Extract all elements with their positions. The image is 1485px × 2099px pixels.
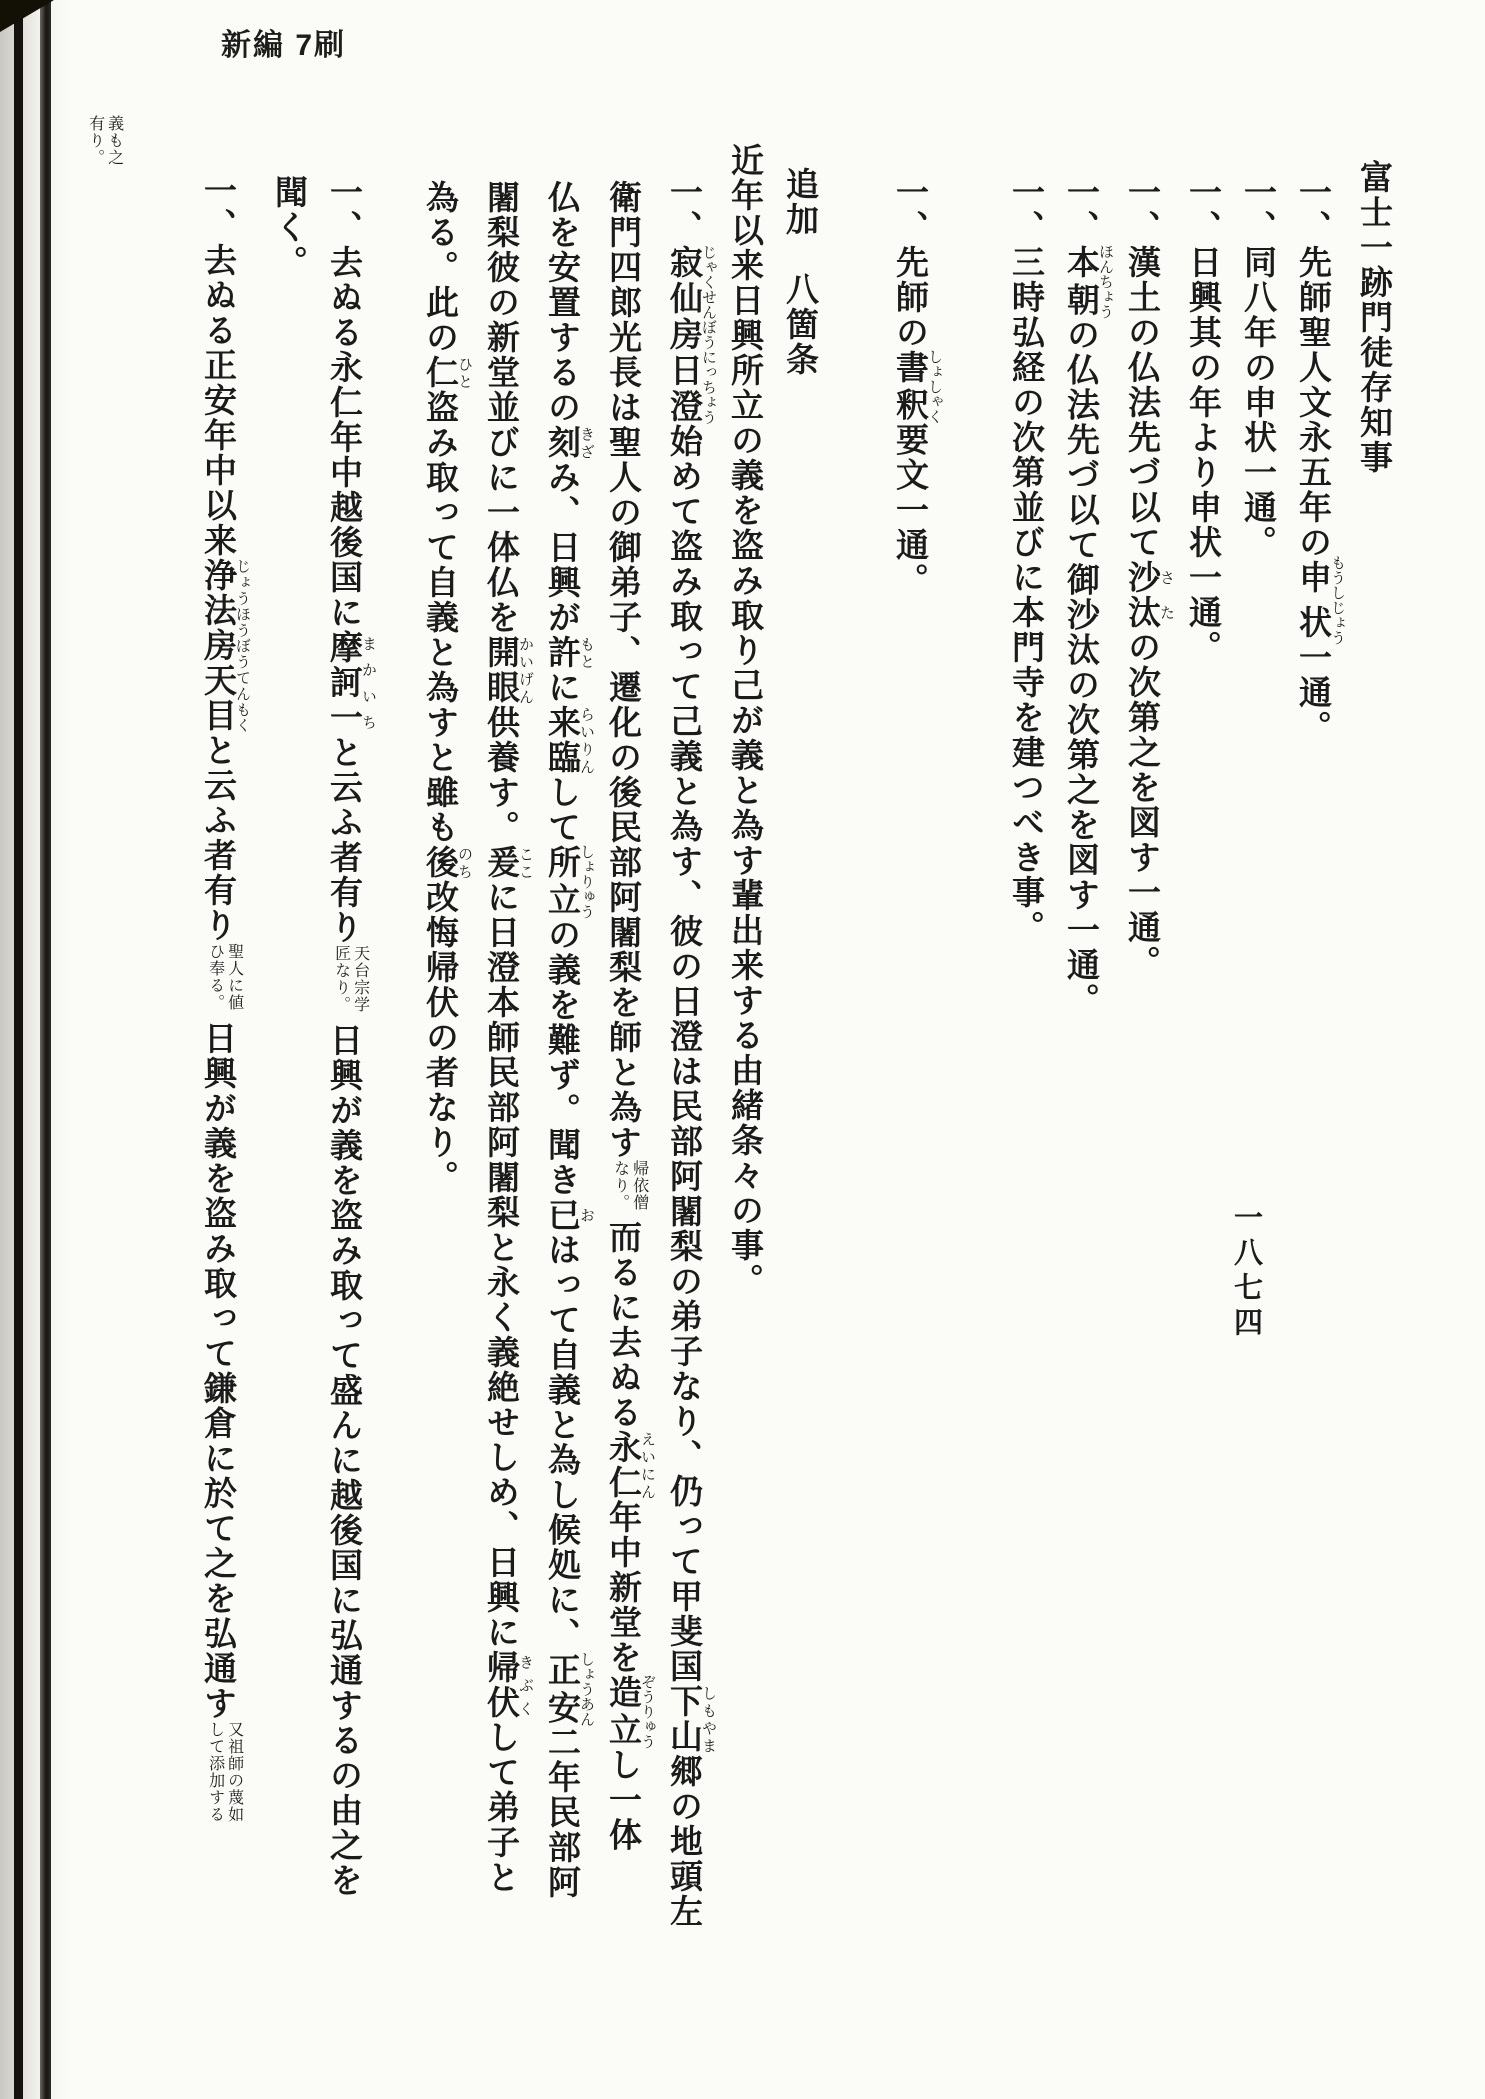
text-run: 近年以来日興所立の義を盗み取り己が義と為す輩出来する由緒条々の事。: [726, 143, 762, 1298]
text-run: 一、三時弘経の次第並びに本門寺を建つべき事。: [1007, 175, 1043, 945]
text-run: み、日興が: [543, 460, 579, 635]
text-run: 一、同八年の申状一通。: [1239, 175, 1275, 560]
inline-note: 聖人に値ひ奉る。: [206, 943, 244, 1021]
text-run: 一、: [1062, 175, 1098, 245]
ruby-annotated-text: 申状もうしじょう: [1294, 560, 1330, 640]
text-run: 闍梨彼の新堂並びに一体仏を: [482, 180, 518, 635]
ruby-annotated-text: 帰伏きぶく: [482, 1650, 518, 1720]
text-run: 而るに去ぬる: [604, 1220, 640, 1430]
text-run: 一、漢土の仏法先づ以て: [1123, 175, 1159, 560]
inline-note: 天台宗学匠なり。: [332, 945, 370, 1023]
text-run: 一、先師聖人文永五年の: [1294, 175, 1330, 560]
text-run: 一通。: [1294, 640, 1330, 745]
list-item-column: 一、漢土の仏法先づ以て沙汰さたの次第之を図す一通。: [1113, 115, 1174, 1965]
scan-binding-line-2: [40, 0, 51, 2099]
text-block: 富士一跡門徒存知事一、先師聖人文永五年の申状もうしじょう一通。一、同八年の申状一…: [69, 115, 1400, 1965]
text-run: 日興が義を盗み取って盛んに越後国に弘通するの由之を: [325, 1023, 361, 1898]
scan-corner-artifact: [0, 0, 54, 32]
text-run: 為る。此の: [421, 180, 457, 355]
body-column: 仏を安置するの刻きざみ、日興が許もとに来臨らいりんして所立しょりゅうの義を難ず。…: [533, 115, 594, 1965]
text-run: の義を難ず。聞き: [543, 918, 579, 1198]
ruby-annotated-text: 浄法房天目じょうほうぼうてんもく: [199, 558, 235, 733]
ruby-annotated-text: 下山しもやま: [665, 1684, 701, 1754]
body-column: 為る。此の仁ひと盗み取って自義と為すと雖も後のち改悔帰伏の者なり。: [411, 115, 472, 1965]
text-run: して弟子と: [482, 1720, 518, 1895]
text-run: と云ふ者有り: [325, 735, 361, 945]
scan-binding-shadow: [0, 0, 74, 2099]
ruby-annotated-text: 所立しょりゅう: [543, 845, 579, 918]
inline-note: 帰依僧なり。: [611, 1160, 649, 1220]
body-column: 衛門四郎光長は聖人の御弟子、遷化の後民部阿闍梨を師と為す帰依僧なり。而るに去ぬる…: [594, 115, 655, 1965]
document-title-column: 富士一跡門徒存知事: [1345, 115, 1400, 1965]
text-run: の仏法先づ以て御沙汰の次第之を図す一通。: [1062, 318, 1098, 1018]
list-item-column: 一、去ぬる正安年中以来浄法房天目じょうほうぼうてんもくと云ふ者有り聖人に値ひ奉る…: [189, 115, 250, 1965]
list-item-column: 一、先師の書釈しょしゃく要文一通。: [881, 115, 942, 1965]
list-item-column: 一、本朝ほんちょうの仏法先づ以て御沙汰の次第之を図す一通。: [1052, 115, 1113, 1965]
ruby-annotated-text: 開眼かいげん: [482, 635, 518, 705]
ruby-annotated-text: 許もと: [543, 635, 579, 670]
list-item-column: 一、寂仙房日澄じゃくせんぼうにっちょう始めて盗み取って己義と為す、彼の日澄は民部…: [655, 115, 716, 1965]
text-run: の次第之を図す一通。: [1123, 630, 1159, 980]
text-run: 富士一跡門徒存知事: [1355, 160, 1391, 475]
text-run: 一、去ぬる永仁年中越後国に: [325, 175, 361, 630]
ruby-annotated-text: 永仁えいにん: [604, 1430, 640, 1500]
ruby-annotated-text: 爰ここ: [482, 845, 518, 880]
list-item-column: 一、同八年の申状一通。: [1229, 115, 1284, 1965]
list-item-column: 一、三時弘経の次第並びに本門寺を建つべき事。: [997, 115, 1052, 1965]
note-continuation-column: 義も之有り。: [69, 115, 124, 1965]
text-run: 二年民部阿: [543, 1725, 579, 1900]
ruby-annotated-text: 本朝ほんちょう: [1062, 245, 1098, 318]
body-column: 聞く。: [260, 115, 315, 1965]
text-run: に: [543, 670, 579, 705]
section-heading-column: 追加 八箇条: [771, 115, 826, 1965]
text-run: 仏を安置するの: [543, 180, 579, 425]
ruby-annotated-text: 沙汰さた: [1123, 560, 1159, 630]
text-run: 一、: [665, 175, 701, 245]
text-run: 改悔帰伏の者なり。: [421, 880, 457, 1195]
ruby-annotated-text: 刻きざ: [543, 425, 579, 460]
ruby-annotated-text: 摩訶一まかいち: [325, 630, 361, 735]
text-run: 追加 八箇条: [781, 167, 817, 377]
text-run: 一、去ぬる正安年中以来: [199, 173, 235, 558]
text-run: 日興が義を盗み取って鎌倉に於て之を弘通す: [199, 1021, 235, 1721]
subject-column: 近年以来日興所立の義を盗み取り己が義と為す輩出来する由緒条々の事。: [716, 115, 771, 1965]
ruby-annotated-text: 寂仙房日澄じゃくせんぼうにっちょう: [665, 245, 701, 424]
text-run: に日澄本師民部阿闍梨と永く義絶せしめ、日興に: [482, 880, 518, 1650]
ruby-annotated-text: 正安しょうあん: [543, 1653, 579, 1726]
text-run: はって自義と為し候処に、: [543, 1233, 579, 1653]
list-item-column: 一、先師聖人文永五年の申状もうしじょう一通。: [1284, 115, 1345, 1965]
text-run: と云ふ者有り: [199, 733, 235, 943]
text-run: 聞く。: [270, 175, 306, 280]
ruby-annotated-text: 後のち: [421, 845, 457, 880]
ruby-annotated-text: 来臨らいりん: [543, 705, 579, 775]
ruby-annotated-text: 造立ぞうりゅう: [604, 1675, 640, 1748]
text-run: して: [543, 775, 579, 845]
inline-note: 義も之有り。: [86, 115, 124, 175]
text-run: し一体: [604, 1748, 640, 1853]
inline-note: 又祖師の蔑如して添加する: [206, 1721, 244, 1837]
ruby-annotated-text: 已お: [543, 1198, 579, 1233]
text-run: 一、日興其の年より申状一通。: [1184, 175, 1220, 665]
text-run: 要文一通。: [891, 423, 927, 598]
ruby-annotated-text: 書釈しょしゃく: [891, 350, 927, 423]
text-run: 盗み取って自義と為すと雖も: [421, 390, 457, 845]
scan-binding-line-1: [14, 0, 23, 2099]
text-run: 供養す。: [482, 705, 518, 845]
scanned-page: 新編 7刷 一八七四 富士一跡門徒存知事一、先師聖人文永五年の申状もうしじょう一…: [0, 0, 1485, 2099]
text-run: 衛門四郎光長は聖人の御弟子、遷化の後民部阿闍梨を師と為す: [604, 180, 640, 1160]
ruby-annotated-text: 仁ひと: [421, 355, 457, 390]
list-item-column: 一、去ぬる永仁年中越後国に摩訶一まかいちと云ふ者有り天台宗学匠なり。日興が義を盗…: [315, 115, 376, 1965]
text-run: 一、先師の: [891, 175, 927, 350]
text-run: 年中新堂を: [604, 1500, 640, 1675]
edition-label: 新編 7刷: [221, 20, 346, 64]
list-item-column: 一、日興其の年より申状一通。: [1174, 115, 1229, 1965]
body-column: 闍梨彼の新堂並びに一体仏を開眼かいげん供養す。爰ここに日澄本師民部阿闍梨と永く義…: [472, 115, 533, 1965]
text-run: 始めて盗み取って己義と為す、彼の日澄は民部阿闍梨の弟子なり、仍って甲斐国: [665, 424, 701, 1684]
text-run: 郷の地頭左: [665, 1754, 701, 1929]
